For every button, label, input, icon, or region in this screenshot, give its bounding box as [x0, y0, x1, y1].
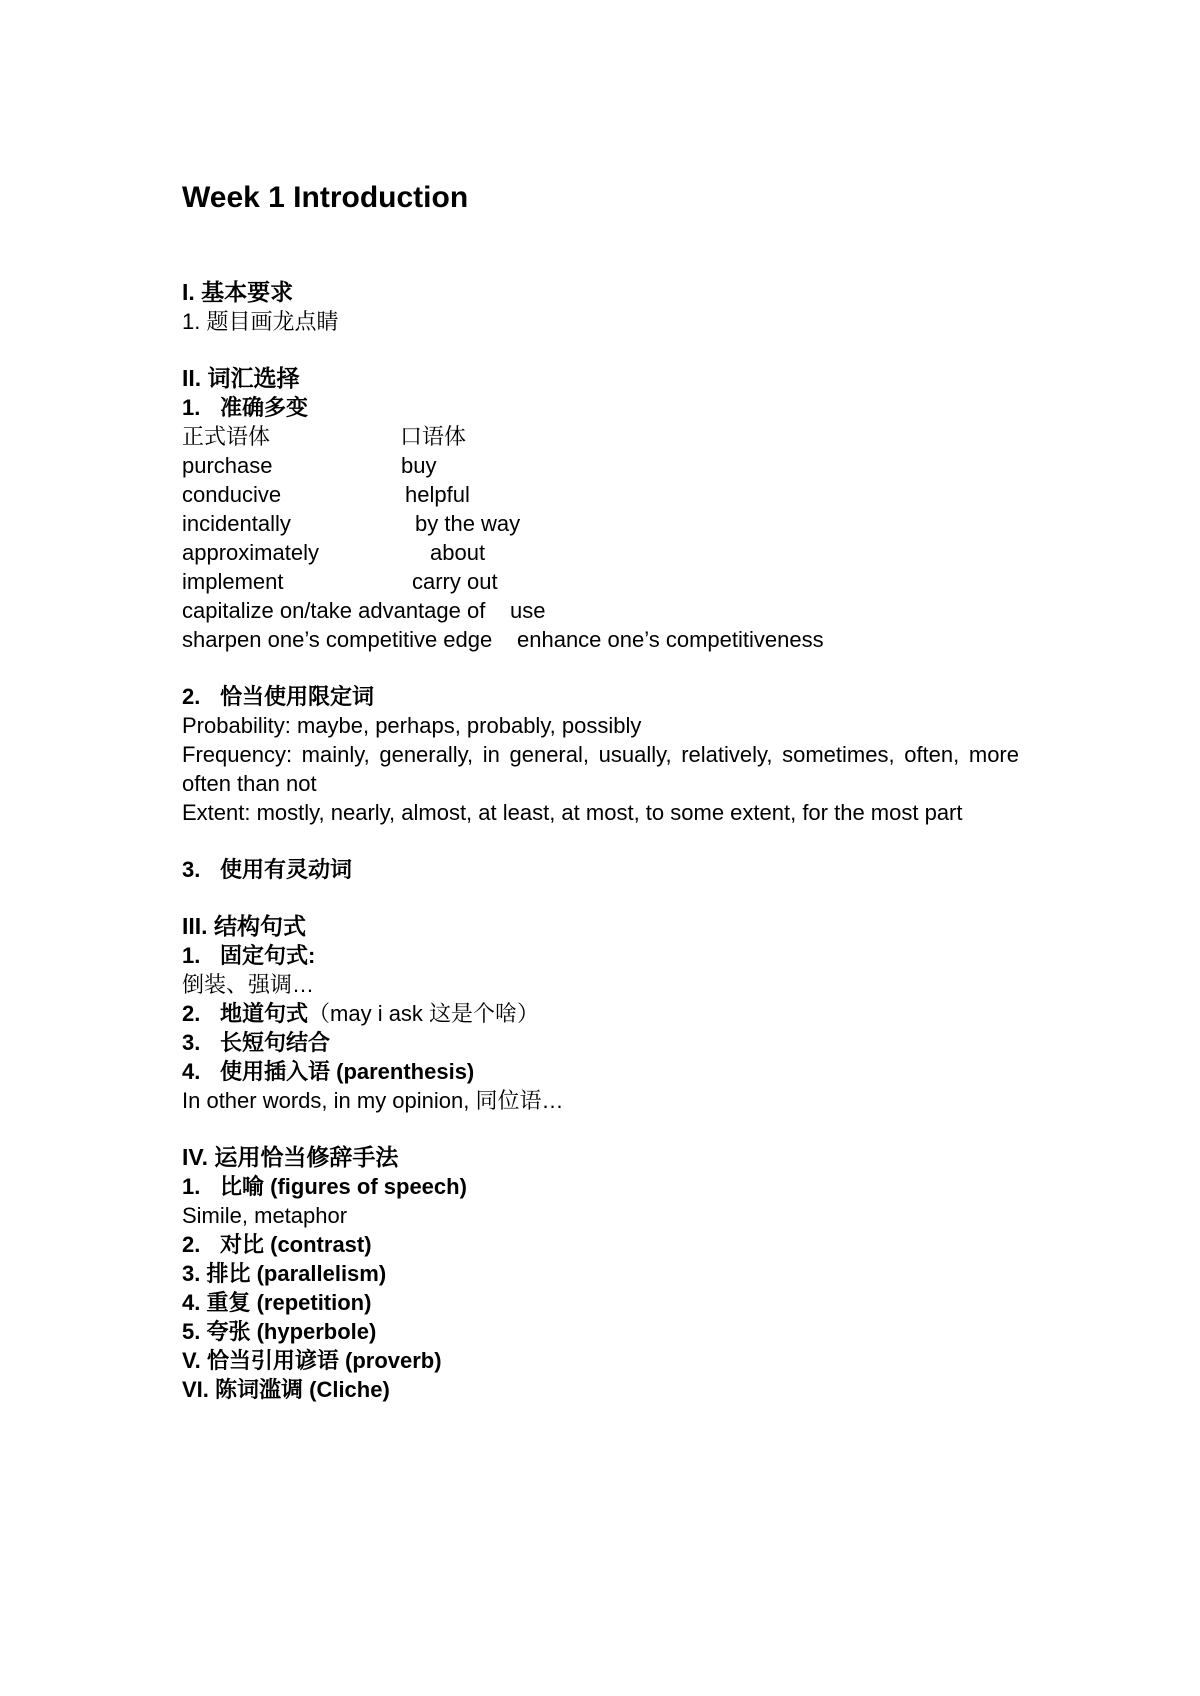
section-heading-basic-requirements: I. 基本要求	[182, 278, 1019, 307]
section-heading-rhetoric: IV. 运用恰当修辞手法	[182, 1143, 1019, 1172]
list-item-label: 比喻 (figures of speech)	[220, 1174, 467, 1199]
list-item: 4. 重复 (repetition)	[182, 1288, 1019, 1317]
vocab-row: capitalize on/take advantage of use	[182, 596, 1019, 625]
list-item-note: Simile, metaphor	[182, 1201, 1019, 1230]
list-item: 2.恰当使用限定词	[182, 682, 1019, 711]
probability-line: Probability: maybe, perhaps, probably, p…	[182, 711, 1019, 740]
list-item-label: 使用插入语 (parenthesis)	[220, 1059, 474, 1084]
vocab-informal: use	[510, 596, 545, 625]
list-item: 3.长短句结合	[182, 1028, 1019, 1057]
vocab-header-row: 正式语体 口语体	[182, 422, 1019, 451]
vocab-informal: about	[430, 538, 485, 567]
list-item-label: 准确多变	[220, 395, 308, 420]
list-item-number: 2.	[182, 1230, 220, 1259]
list-item-number: 1.	[182, 1172, 220, 1201]
vocab-row: purchase buy	[182, 451, 1019, 480]
vocab-formal: implement	[182, 569, 283, 594]
list-item-label: 对比 (contrast)	[220, 1232, 372, 1257]
page-title: Week 1 Introduction	[182, 178, 1019, 218]
section-heading-structure-sentences: III. 结构句式	[182, 912, 1019, 941]
list-item: 3. 排比 (parallelism)	[182, 1259, 1019, 1288]
vocab-informal: by the way	[415, 509, 520, 538]
list-item: 1.准确多变	[182, 393, 1019, 422]
list-item-label: 长短句结合	[220, 1030, 330, 1055]
list-item-number: 1.	[182, 393, 220, 422]
list-item: 5. 夸张 (hyperbole)	[182, 1317, 1019, 1346]
list-item-label: 使用有灵动词	[220, 857, 352, 882]
vocab-formal: sharpen one’s competitive edge	[182, 627, 492, 652]
list-item: 2.地道句式（may i ask 这是个啥）	[182, 999, 1019, 1028]
vocab-formal: incidentally	[182, 511, 291, 536]
list-item-number: 2.	[182, 682, 220, 711]
vocab-informal: enhance one’s competitiveness	[517, 625, 824, 654]
vocab-row: conducive helpful	[182, 480, 1019, 509]
list-item-suffix: （may i ask 这是个啥）	[308, 1001, 539, 1026]
list-item: 3.使用有灵动词	[182, 855, 1019, 884]
vocab-formal-header: 正式语体	[182, 424, 270, 449]
section-heading-vocabulary-choice: II. 词汇选择	[182, 364, 1019, 393]
extent-line: Extent: mostly, nearly, almost, at least…	[182, 798, 1019, 827]
list-item-number: 4.	[182, 1057, 220, 1086]
vocab-informal-header: 口语体	[400, 422, 466, 451]
list-item: V. 恰当引用谚语 (proverb)	[182, 1346, 1019, 1375]
frequency-line: Frequency: mainly, generally, in general…	[182, 740, 1019, 798]
list-item: 2.对比 (contrast)	[182, 1230, 1019, 1259]
vocab-row: incidentally by the way	[182, 509, 1019, 538]
list-item-number: 3.	[182, 855, 220, 884]
vocab-formal: approximately	[182, 540, 319, 565]
vocab-informal: buy	[401, 451, 436, 480]
vocab-row: implement carry out	[182, 567, 1019, 596]
vocab-formal: conducive	[182, 482, 281, 507]
list-item-number: 3.	[182, 1028, 220, 1057]
list-item-label: 固定句式:	[220, 943, 315, 968]
vocab-formal: purchase	[182, 453, 273, 478]
list-item-number: 1.	[182, 941, 220, 970]
list-item-label: 地道句式	[220, 1001, 308, 1026]
list-item: 4.使用插入语 (parenthesis)	[182, 1057, 1019, 1086]
list-item-number: 2.	[182, 999, 220, 1028]
vocab-informal: carry out	[412, 567, 498, 596]
list-item: VI. 陈词滥调 (Cliche)	[182, 1375, 1019, 1404]
document-page: Week 1 Introduction I. 基本要求 1. 题目画龙点睛 II…	[0, 0, 1200, 1696]
vocab-row: approximately about	[182, 538, 1019, 567]
list-item-label: 恰当使用限定词	[220, 684, 374, 709]
list-item: 1. 题目画龙点睛	[182, 307, 1019, 336]
vocab-informal: helpful	[405, 480, 470, 509]
list-item: 1.比喻 (figures of speech)	[182, 1172, 1019, 1201]
list-item: 1.固定句式:	[182, 941, 1019, 970]
list-item-note: In other words, in my opinion, 同位语…	[182, 1086, 1019, 1115]
vocab-row: sharpen one’s competitive edge enhance o…	[182, 625, 1019, 654]
vocab-formal: capitalize on/take advantage of	[182, 598, 485, 623]
list-item-note: 倒装、强调…	[182, 970, 1019, 999]
